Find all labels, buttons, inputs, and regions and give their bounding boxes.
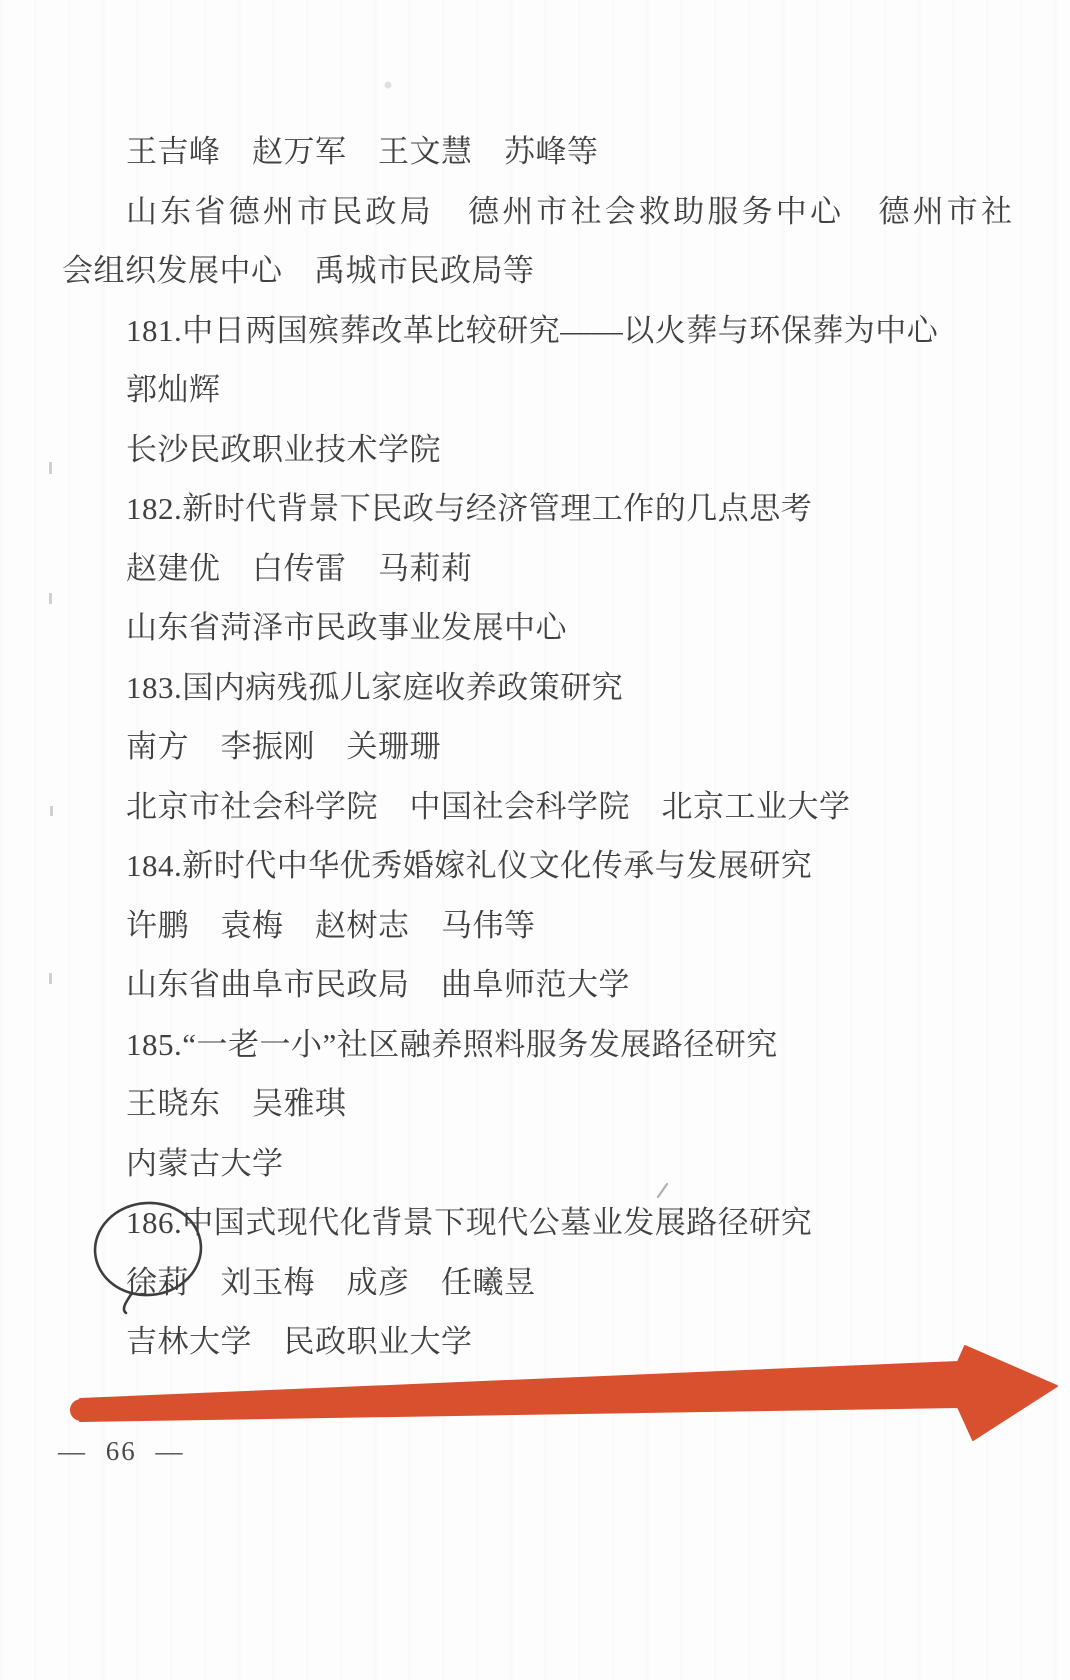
entry-186-institutions: 吉林大学 民政职业大学 [62, 1312, 1012, 1372]
entry-number: 182. [126, 491, 182, 526]
document-text-block: 王吉峰 赵万军 王文慧 苏峰等 山东省德州市民政局 德州市社会救助服务中心 德州… [62, 122, 1012, 1372]
entry-title: 中日两国殡葬改革比较研究——以火葬与环保葬为中心 [182, 313, 938, 348]
entry-title: 国内病残孤儿家庭收养政策研究 [182, 670, 623, 705]
entry-184-institutions: 山东省曲阜市民政局 曲阜师范大学 [62, 955, 1012, 1015]
entry-185-title-line: 185.“一老一小”社区融养照料服务发展路径研究 [62, 1015, 1012, 1075]
continued-entry-institutions-line-2: 会组织发展中心 禹城市民政局等 [62, 241, 1012, 301]
entry-182-institutions: 山东省菏泽市民政事业发展中心 [62, 598, 1012, 658]
entry-title: 新时代中华优秀婚嫁礼仪文化传承与发展研究 [182, 848, 812, 883]
continued-entry-authors: 王吉峰 赵万军 王文慧 苏峰等 [62, 122, 1012, 182]
entry-186-authors: 徐莉 刘玉梅 成彦 任曦昱 [62, 1253, 1012, 1313]
entry-number: 181. [126, 313, 182, 348]
entry-number: 183. [126, 670, 182, 705]
entry-number: 184. [126, 848, 182, 883]
scanned-document-page: 王吉峰 赵万军 王文慧 苏峰等 山东省德州市民政局 德州市社会救助服务中心 德州… [0, 0, 1070, 1680]
entry-186-title-line: 186.中国式现代化背景下现代公墓业发展路径研究 [62, 1193, 1012, 1253]
entry-181-institutions: 长沙民政职业技术学院 [62, 420, 1012, 480]
entry-185-institutions: 内蒙古大学 [62, 1134, 1012, 1194]
entry-184-authors: 许鹏 袁梅 赵树志 马伟等 [62, 896, 1012, 956]
entry-title: 中国式现代化背景下现代公墓业发展路径研究 [182, 1205, 812, 1240]
entry-183-authors: 南方 李振刚 关珊珊 [62, 717, 1012, 777]
entry-184-title-line: 184.新时代中华优秀婚嫁礼仪文化传承与发展研究 [62, 836, 1012, 896]
entry-182-authors: 赵建优 白传雷 马莉莉 [62, 539, 1012, 599]
scan-edge-specks [49, 462, 53, 984]
continued-entry-institutions-line-1: 山东省德州市民政局 德州市社会救助服务中心 德州市社 [62, 182, 1012, 242]
entry-181-authors: 郭灿辉 [62, 360, 1012, 420]
entry-185-authors: 王晓东 吴雅琪 [62, 1074, 1012, 1134]
scan-artifact-dot [385, 82, 392, 89]
page-number: — 66 — [58, 1436, 185, 1467]
entry-number: 185. [126, 1027, 182, 1062]
entry-number-circled: 186. [126, 1205, 182, 1240]
entry-title: 新时代背景下民政与经济管理工作的几点思考 [182, 491, 812, 526]
entry-183-institutions: 北京市社会科学院 中国社会科学院 北京工业大学 [62, 777, 1012, 837]
entry-183-title-line: 183.国内病残孤儿家庭收养政策研究 [62, 658, 1012, 718]
entry-181-title-line: 181.中日两国殡葬改革比较研究——以火葬与环保葬为中心 [62, 301, 1012, 361]
entry-182-title-line: 182.新时代背景下民政与经济管理工作的几点思考 [62, 479, 1012, 539]
entry-title: “一老一小”社区融养照料服务发展路径研究 [182, 1027, 778, 1062]
